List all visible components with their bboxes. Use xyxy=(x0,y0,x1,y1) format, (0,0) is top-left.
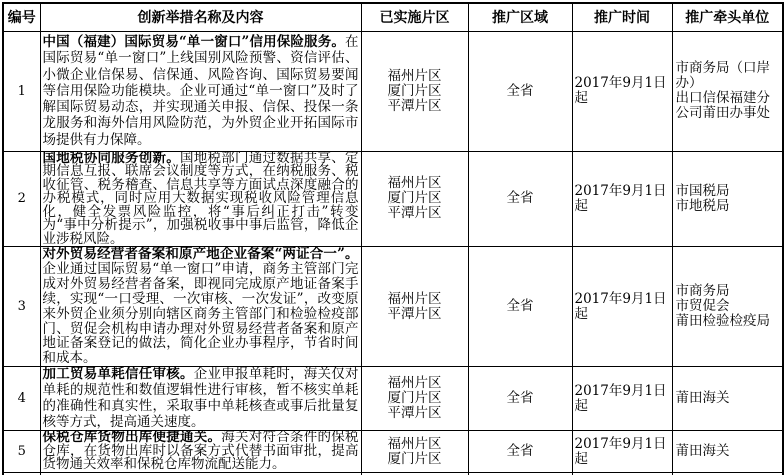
measure-cell: 国地税协同服务创新。国地税部门通过数据共享、定期信息互报、联席会议制度等方式，在… xyxy=(40,151,361,247)
measure-text: 保税仓库货物出库便捷通关。海关对符合条件的保税仓库，在货物出库时以备案方式代替书… xyxy=(43,431,359,471)
region-cell: 全省 xyxy=(468,31,572,151)
zone-item: 厦门片区 xyxy=(362,84,468,99)
row-number: 4 xyxy=(3,367,40,431)
zone-item: 福州片区 xyxy=(362,292,468,307)
unit-item: 莆田检验检疫局 xyxy=(676,314,780,329)
measure-text: 国地税协同服务创新。国地税部门通过数据共享、定期信息互报、联席会议制度等方式，在… xyxy=(43,152,359,247)
row-number: 5 xyxy=(3,431,40,472)
measure-content: 企业通过国际贸易“单一窗口”申请，商务主管部门完成对外贸易经营者备案，即视同完成… xyxy=(43,261,359,366)
zones-cell: 福州片区 厦门片区 平潭片区 xyxy=(361,31,468,151)
measure-cell: 保税仓库货物出库便捷通关。海关对符合条件的保税仓库，在货物出库时以备案方式代替书… xyxy=(40,431,361,472)
innovation-measures-table: 编号 创新举措名称及内容 已实施片区 推广区域 推广时间 推广牵头单位 1 中国… xyxy=(2,2,784,475)
header-number: 编号 xyxy=(3,3,40,31)
measure-text: 加工贸易单耗信任审核。企业申报单耗时，海关仅对单耗的规范性和数值逻辑性进行审核，… xyxy=(43,367,359,430)
zone-item: 平潭片区 xyxy=(362,206,468,221)
region-cell: 全省 xyxy=(468,247,572,367)
header-row: 编号 创新举措名称及内容 已实施片区 推广区域 推广时间 推广牵头单位 xyxy=(3,3,783,31)
time-cell: 2017年9月1日起 xyxy=(572,247,672,367)
measure-title: 加工贸易单耗信任审核。 xyxy=(43,367,194,383)
units-cell: 市商务局 市贸促会 莆田检验检疫局 xyxy=(672,247,783,367)
region-cell: 全省 xyxy=(468,367,572,431)
units-cell: 莆田海关 xyxy=(672,367,783,431)
unit-item: 莆田海关 xyxy=(676,391,780,406)
region-cell: 全省 xyxy=(468,151,572,247)
region-cell: 全省 xyxy=(468,431,572,472)
measure-content: 在国际贸易“单一窗口”上线国别风险预警、资信评估、小微企业信保易、信保通、风险咨… xyxy=(43,34,359,148)
unit-item: 市贸促会 xyxy=(676,299,780,314)
table-row: 2 国地税协同服务创新。国地税部门通过数据共享、定期信息互报、联席会议制度等方式… xyxy=(3,151,783,247)
row-number: 2 xyxy=(3,151,40,247)
measure-text: 对外贸易经营者备案和原产地企业备案“两证合一”。企业通过国际贸易“单一窗口”申请… xyxy=(43,247,359,366)
header-implemented-zones: 已实施片区 xyxy=(361,3,468,31)
zones-cell: 福州片区 厦门片区 xyxy=(361,431,468,472)
row-number: 3 xyxy=(3,247,40,367)
table-row: 1 中国（福建）国际贸易“单一窗口”信用保险服务。在国际贸易“单一窗口”上线国别… xyxy=(3,31,783,151)
unit-item: 市商务局 xyxy=(676,284,780,299)
table-row: 3 对外贸易经营者备案和原产地企业备案“两证合一”。企业通过国际贸易“单一窗口”… xyxy=(3,247,783,367)
zone-item: 福州片区 xyxy=(362,176,468,191)
time-cell: 2017年9月1日起 xyxy=(572,31,672,151)
header-promotion-region: 推广区域 xyxy=(468,3,572,31)
zone-item: 福州片区 xyxy=(362,437,468,452)
unit-item: 市商务局（口岸办） xyxy=(676,61,780,91)
zones-cell: 福州片区 厦门片区 平潭片区 xyxy=(361,151,468,247)
zone-item: 平潭片区 xyxy=(362,406,468,421)
units-cell: 市国税局 市地税局 xyxy=(672,151,783,247)
zones-cell: 福州片区 平潭片区 xyxy=(361,247,468,367)
unit-item: 市地税局 xyxy=(676,199,780,214)
unit-item: 出口信保福建分公司莆田办事处 xyxy=(676,91,780,121)
measure-cell: 中国（福建）国际贸易“单一窗口”信用保险服务。在国际贸易“单一窗口”上线国别风险… xyxy=(40,31,361,151)
time-cell: 2017年9月1日起 xyxy=(572,431,672,472)
units-cell: 莆田海关 xyxy=(672,431,783,472)
measure-title: 对外贸易经营者备案和原产地企业备案“两证合一”。 xyxy=(43,247,359,263)
units-cell: 市商务局（口岸办） 出口信保福建分公司莆田办事处 xyxy=(672,31,783,151)
header-measure: 创新举措名称及内容 xyxy=(40,3,361,31)
time-cell: 2017年9月1日起 xyxy=(572,367,672,431)
table-row: 5 保税仓库货物出库便捷通关。海关对符合条件的保税仓库，在货物出库时以备案方式代… xyxy=(3,431,783,472)
zone-item: 平潭片区 xyxy=(362,99,468,114)
measure-text: 中国（福建）国际贸易“单一窗口”信用保险服务。在国际贸易“单一窗口”上线国别风险… xyxy=(43,34,359,148)
header-lead-unit: 推广牵头单位 xyxy=(672,3,783,31)
header-promotion-time: 推广时间 xyxy=(572,3,672,31)
measure-cell: 加工贸易单耗信任审核。企业申报单耗时，海关仅对单耗的规范性和数值逻辑性进行审核，… xyxy=(40,367,361,431)
unit-item: 市国税局 xyxy=(676,184,780,199)
measure-title: 中国（福建）国际贸易“单一窗口”信用保险服务。 xyxy=(43,34,346,50)
table-row: 4 加工贸易单耗信任审核。企业申报单耗时，海关仅对单耗的规范性和数值逻辑性进行审… xyxy=(3,367,783,431)
zone-item: 厦门片区 xyxy=(362,452,468,467)
row-number: 1 xyxy=(3,31,40,151)
zone-item: 平潭片区 xyxy=(362,307,468,322)
zone-item: 福州片区 xyxy=(362,69,468,84)
measure-cell: 对外贸易经营者备案和原产地企业备案“两证合一”。企业通过国际贸易“单一窗口”申请… xyxy=(40,247,361,367)
measure-content: 国地税部门通过数据共享、定期信息互报、联席会议制度等方式，在纳税服务、税收征管、… xyxy=(43,151,359,247)
unit-item: 莆田海关 xyxy=(676,444,780,459)
time-cell: 2017年9月1日起 xyxy=(572,151,672,247)
zones-cell: 福州片区 厦门片区 平潭片区 xyxy=(361,367,468,431)
zone-item: 厦门片区 xyxy=(362,191,468,206)
